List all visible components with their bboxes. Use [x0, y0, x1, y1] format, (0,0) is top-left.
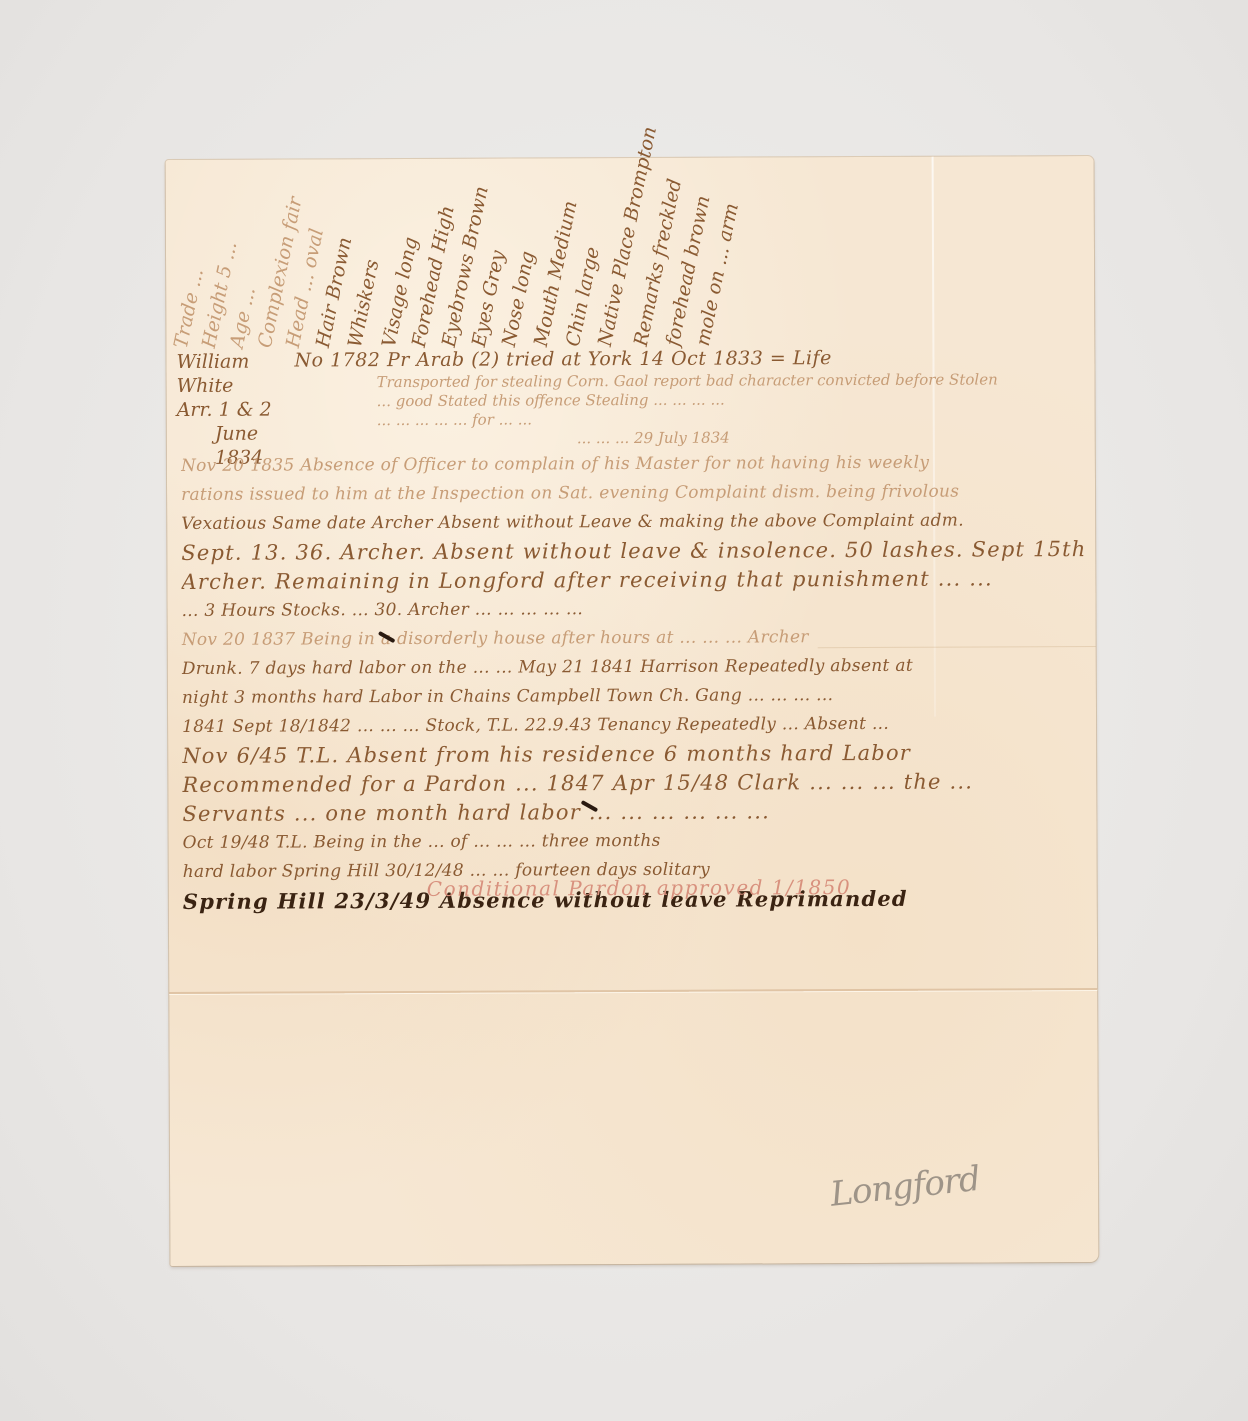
offence-line: 1841 Sept 18/1842 ... ... ... Stock, T.L… [182, 709, 1092, 742]
offence-line: night 3 months hard Labor in Chains Camp… [182, 680, 1092, 713]
offence-line: Oct 19/48 T.L. Being in the ... of ... .… [183, 825, 1093, 858]
trial-note: ... ... ... 29 July 1834 [377, 427, 1077, 449]
offence-line: Servants ... one month hard labor ... ..… [182, 796, 1092, 829]
offence-line: Drunk. 7 days hard labor on the ... ... … [182, 651, 1092, 684]
trial-note: Transported for stealing Corn. Gaol repo… [377, 370, 1077, 392]
offence-line: Nov 6/45 T.L. Absent from his residence … [182, 738, 1092, 771]
offence-line: Nov 20 1837 Being in a disorderly house … [182, 622, 1092, 655]
manuscript-page: Trade ... Height 5 ... Age ... Complexio… [166, 156, 1099, 1266]
pencil-signature: Longford [828, 1159, 981, 1215]
trial-notes: Transported for stealing Corn. Gaol repo… [377, 370, 1077, 449]
offence-line: ... 3 Hours Stocks. ... 30. Archer ... .… [181, 593, 1091, 626]
offence-record: Nov 20 1835 Absence of Officer to compla… [181, 448, 1093, 916]
offence-line: Vexatious Same date Archer Absent withou… [181, 506, 1091, 539]
offence-line: Recommended for a Pardon ... 1847 Apr 15… [182, 767, 1092, 800]
horizontal-fold-line [169, 988, 1097, 994]
offence-line: Sept. 13. 36. Archer. Absent without lea… [181, 535, 1091, 568]
trial-line: No 1782 Pr Arab (2) tried at York 14 Oct… [294, 347, 831, 371]
offence-line: Archer. Remaining in Longford after rece… [181, 564, 1091, 597]
offence-line: Nov 20 1835 Absence of Officer to compla… [181, 448, 1091, 481]
ship-line: Arr. 1 & 2 [177, 397, 307, 422]
offence-line: rations issued to him at the Inspection … [181, 477, 1091, 510]
convict-name: William White [176, 349, 306, 398]
desc-whiskers: Whiskers [346, 258, 383, 349]
conditional-pardon-note: Conditional Pardon approved 1/1850 [427, 875, 851, 901]
